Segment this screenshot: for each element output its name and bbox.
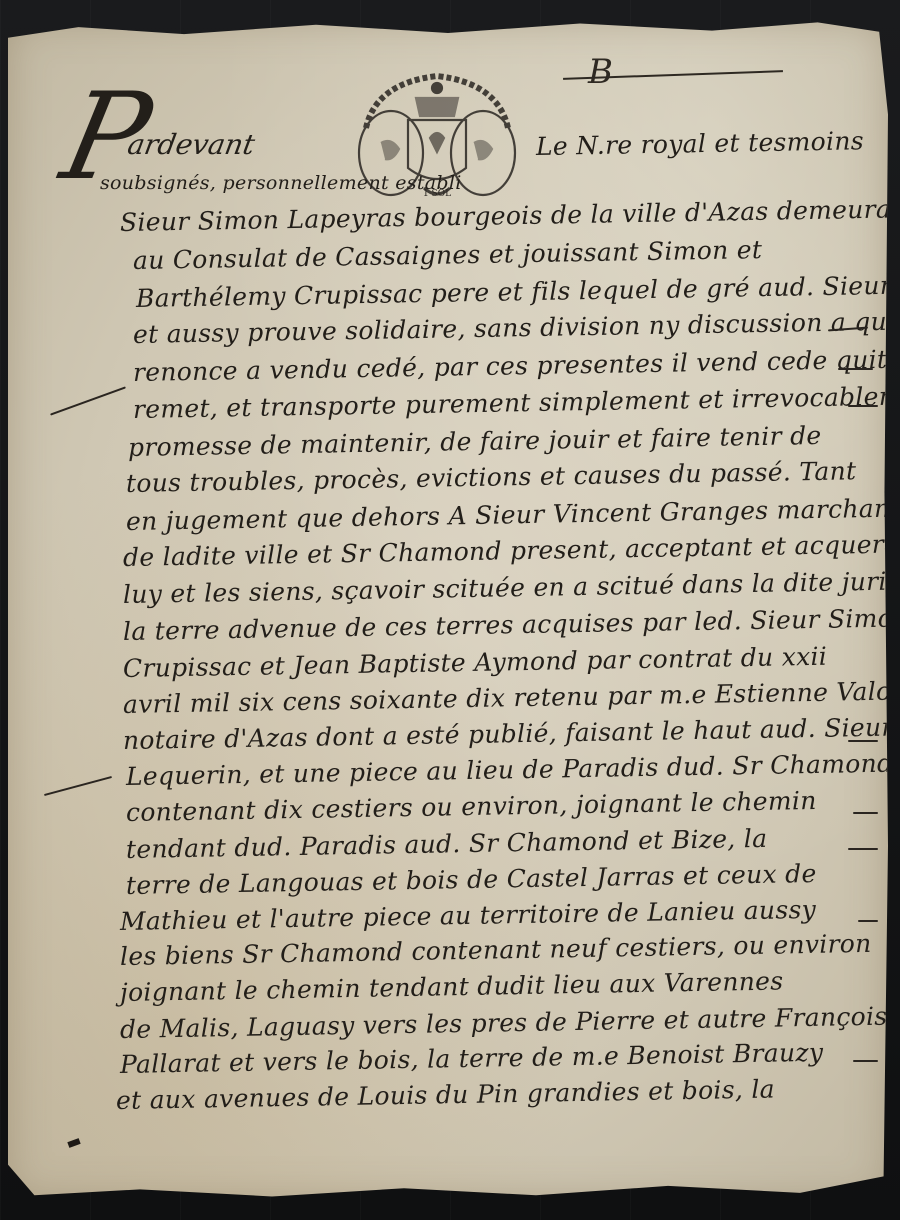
text-line-23: les biens Sr Chamond contenant neuf cest… [120, 929, 872, 971]
text-line-16: avril mil six cens soixante dix retenu p… [123, 676, 900, 719]
text-line-14: la terre advenue de ces terres acquises … [123, 603, 900, 646]
text-line-6: et aussy prouve solidaire, sans division… [133, 306, 900, 349]
text-line-18: Lequerin, et une piece au lieu de Paradi… [126, 749, 894, 791]
text-line-17: notaire d'Azas dont a esté publié, faisa… [123, 713, 894, 755]
top-mark-glyph: B [588, 52, 613, 92]
top-mark: B [563, 58, 783, 88]
text-line-21: terre de Langouas et bois de Castel Jarr… [126, 859, 817, 900]
filler-rule [853, 1060, 878, 1062]
text-line-24: joignant le chemin tendant dudit lieu au… [120, 966, 784, 1007]
text-line-12: de ladite ville et Sr Chamond present, a… [123, 528, 900, 572]
margin-mark [67, 1138, 80, 1148]
filler-rule [44, 776, 112, 796]
manuscript-page: B P ardevant 1 SOL GENERALITE DE TOULOUS… [8, 20, 888, 1200]
filler-rule [50, 386, 126, 415]
heading-word: ardevant [125, 128, 257, 161]
text-line-19: contenant dix cestiers ou environ, joign… [126, 786, 817, 827]
text-line-27: et aux avenues de Louis du Pin grandies … [116, 1075, 775, 1115]
text-line-8: remet, et transporte purement simplement… [133, 380, 900, 424]
text-line-10: tous troubles, procès, evictions et caus… [126, 456, 857, 498]
text-line-7: renonce a vendu cedé, par ces presentes … [133, 344, 900, 387]
filler-rule [848, 740, 878, 742]
text-line-2a: soubsignés, personnellement establi [100, 172, 462, 194]
text-line-26: Pallarat et vers le bois, la terre de m.… [120, 1038, 824, 1079]
text-line-4: au Consulat de Cassaignes et jouissant S… [133, 235, 763, 275]
text-line-3: Sieur Simon Lapeyras bourgeois de la vil… [120, 194, 900, 237]
text-line-5: Barthélemy Crupissac pere et fils lequel… [136, 271, 892, 313]
text-line-22: Mathieu et l'autre piece au territoire d… [120, 895, 816, 936]
text-line-13: luy et les siens, sçavoir scituée en a s… [123, 565, 900, 609]
filler-rule [858, 920, 878, 922]
text-line-20: tendant dud. Paradis aud. Sr Chamond et … [126, 824, 768, 864]
text-line-11: en jugement que dehors A Sieur Vincent G… [126, 493, 900, 536]
text-line-9: promesse de maintenir, de faire jouir et… [128, 421, 822, 462]
filler-rule [848, 848, 878, 850]
filler-rule [838, 368, 873, 370]
text-line-15: Crupissac et Jean Baptiste Aymond par co… [123, 642, 828, 683]
filler-rule [848, 405, 878, 407]
text-line-1: Le N.re royal et tesmoins [536, 126, 864, 161]
filler-rule [853, 812, 878, 814]
